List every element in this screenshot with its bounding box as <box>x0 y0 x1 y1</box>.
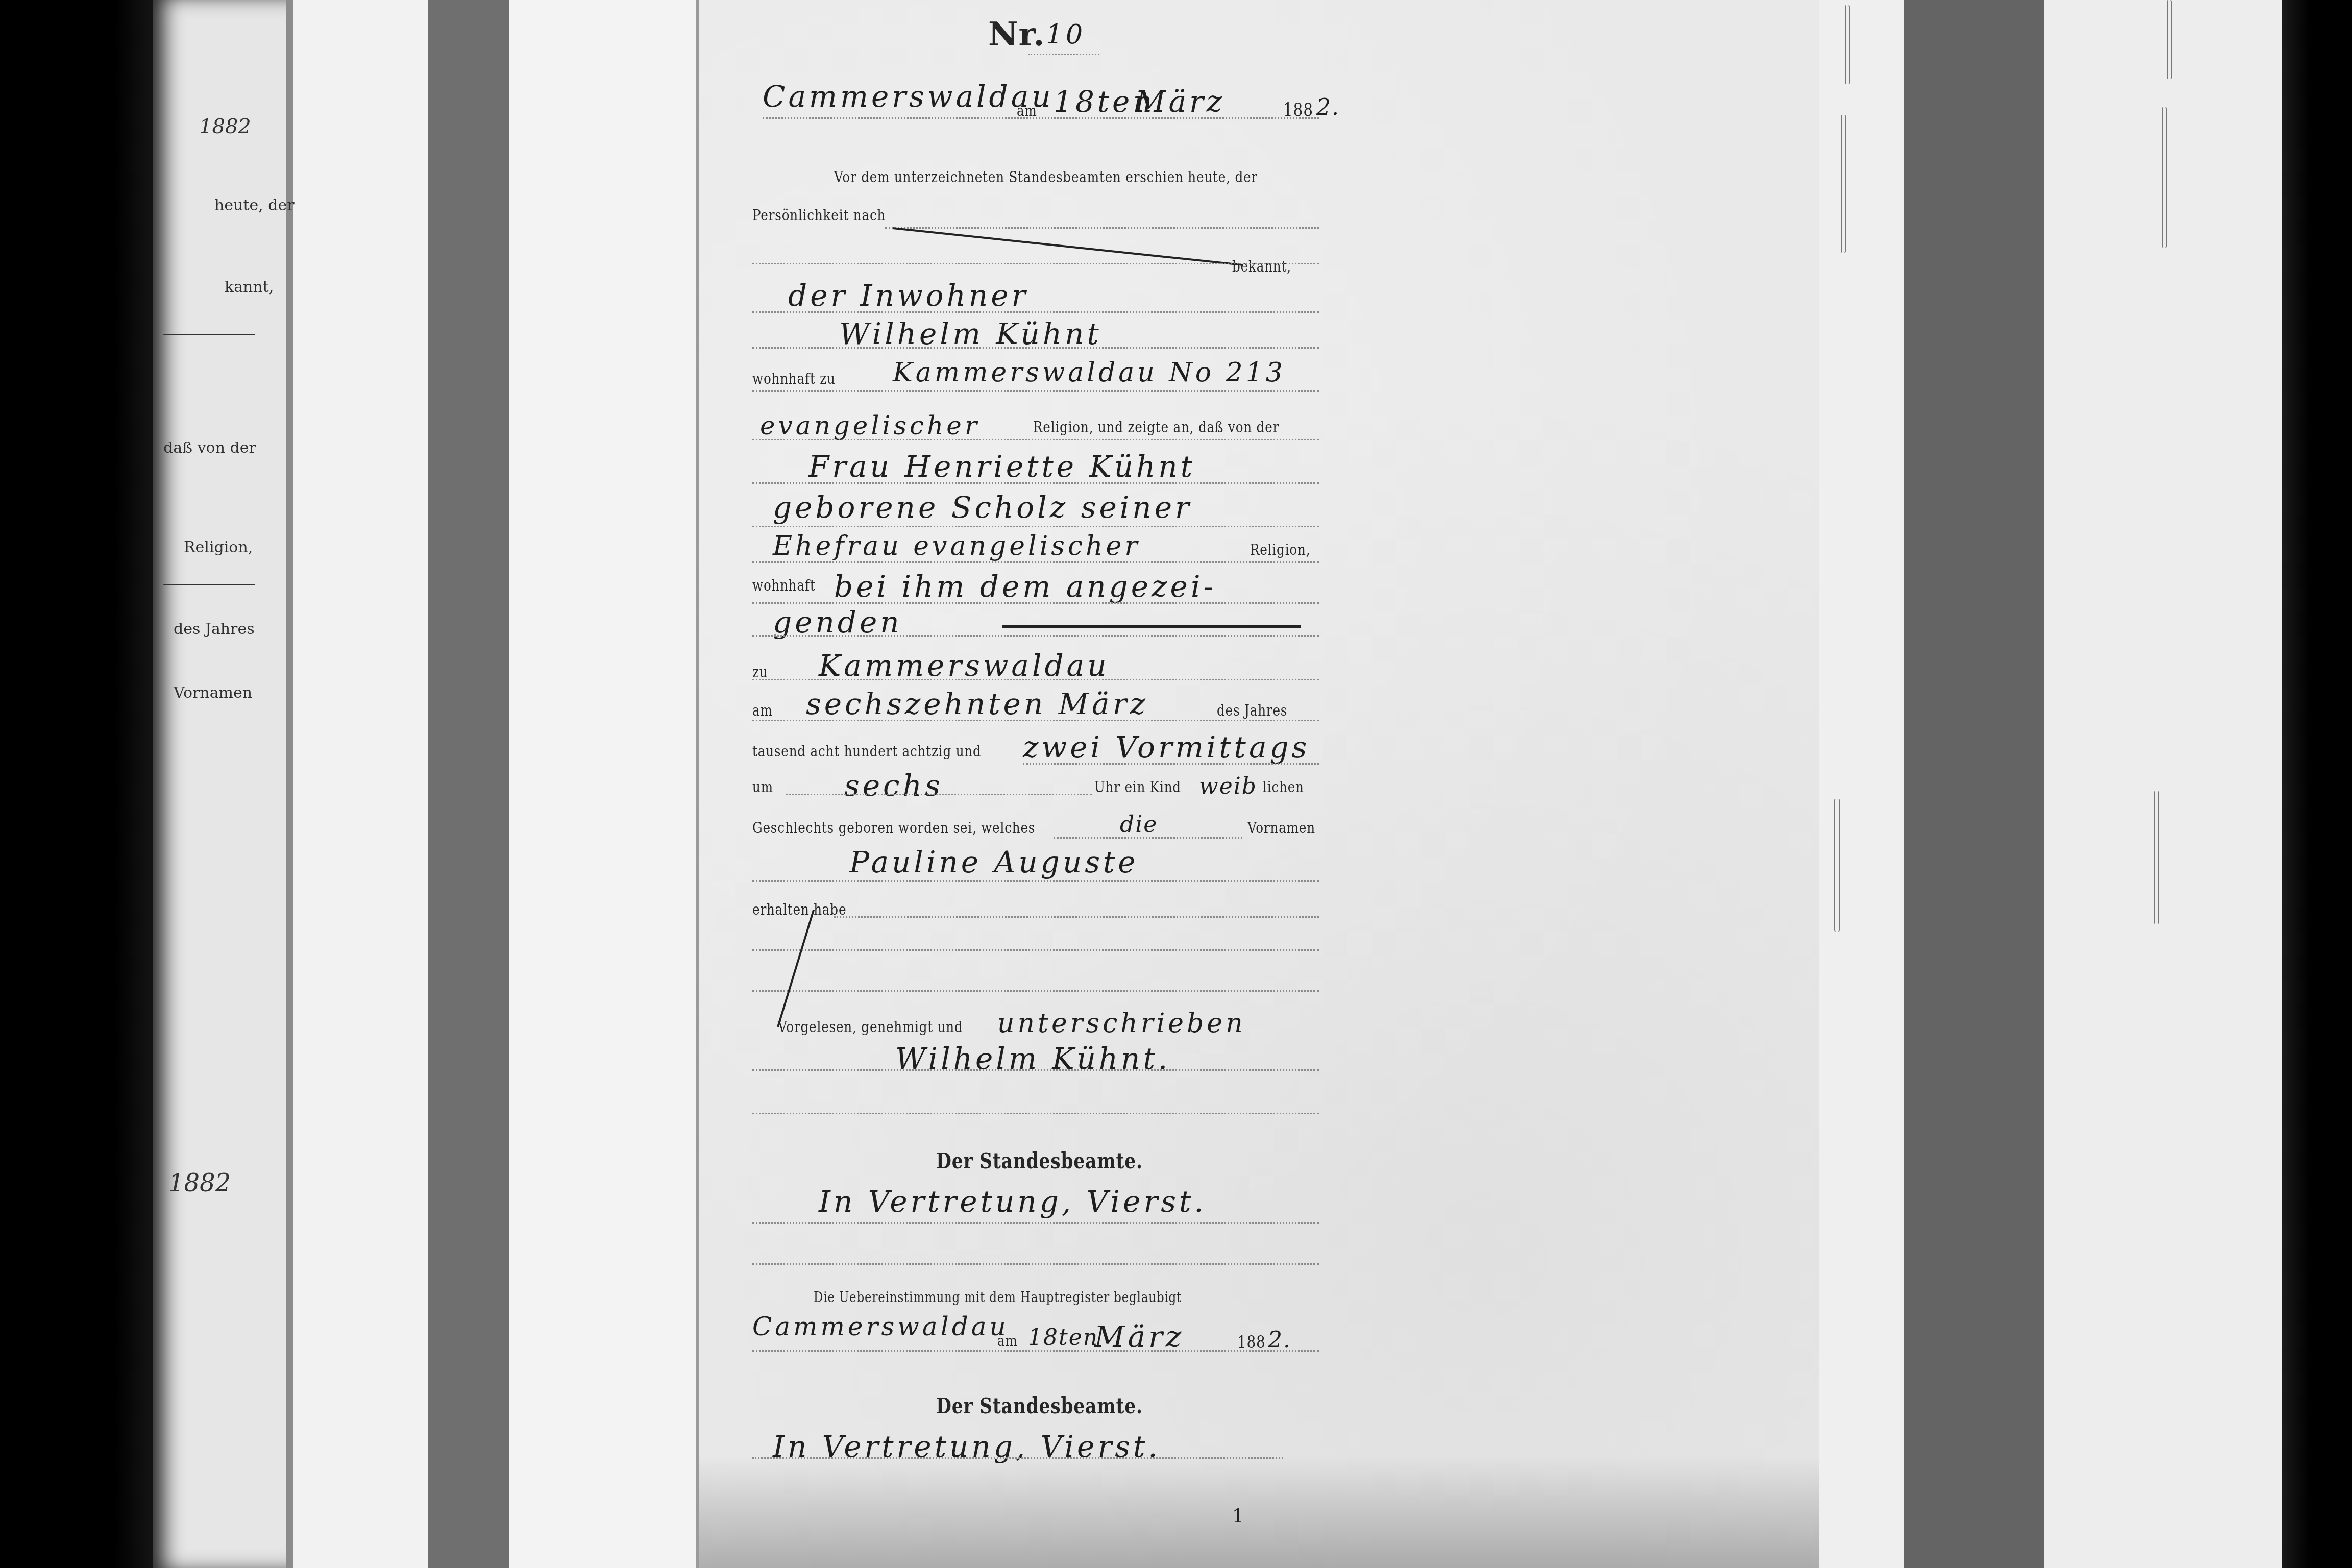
page-fold-mark <box>2154 791 2159 924</box>
mother-residence-cont: genden <box>773 605 902 640</box>
birth-place: Kammerswaldau <box>819 648 1110 683</box>
blank-space-stroke <box>777 910 815 1027</box>
erhalten-text: erhalten habe <box>752 901 846 919</box>
line-rule <box>752 602 1319 604</box>
page-fold-mark <box>1834 799 1840 932</box>
blank-film-strip <box>293 0 431 1568</box>
birth-hour: sechs <box>844 768 943 803</box>
registration-month: März <box>1135 84 1225 119</box>
registration-year-suffix: 2. <box>1316 94 1340 120</box>
line-rule <box>752 482 1319 484</box>
certification-place: Cammerswaldau <box>752 1312 1009 1341</box>
left-page-line: kannt, <box>225 278 274 296</box>
mother-maiden-name: geborene Scholz seiner <box>773 490 1192 525</box>
cert-year-prefix: 188 <box>1237 1332 1266 1353</box>
religion-text: Religion, und zeigte an, daß von der <box>1033 419 1279 436</box>
line-rule <box>752 311 1319 313</box>
page-number: 1 <box>1232 1506 1244 1527</box>
strike-through-line <box>893 227 1243 266</box>
page-fold-mark <box>1845 5 1850 84</box>
left-page-year: 1882 <box>199 115 251 138</box>
line-rule <box>752 1350 1319 1352</box>
informant-title: der Inwohner <box>788 278 1028 313</box>
film-vignette-right <box>2282 0 2352 1568</box>
birth-day-month: sechszehnten März <box>806 687 1148 721</box>
film-vignette-left <box>0 0 163 1568</box>
cert-am-label: am <box>997 1332 1018 1350</box>
left-page-handwriting: 1882 <box>168 1169 231 1197</box>
page-fold-mark <box>1841 115 1846 253</box>
gutter-grey-strip <box>1904 0 2044 1568</box>
blank-film-strip <box>509 0 696 1568</box>
left-page-line: heute, der <box>214 197 295 214</box>
gutter-grey-strip <box>428 0 509 1568</box>
entry-number: 10 <box>1046 19 1086 50</box>
registrar-signature: In Vertretung, Vierst. <box>819 1184 1207 1219</box>
line-rule <box>834 916 1319 918</box>
registration-place: Cammerswaldau <box>763 79 1054 114</box>
left-page-line: daß von der <box>163 439 256 457</box>
line-rule <box>1023 763 1319 765</box>
religion-text-2: Religion, <box>1250 541 1310 559</box>
left-page-line: des Jahres <box>174 620 255 638</box>
year-words-text: tausend acht hundert achtzig und <box>752 743 982 761</box>
bekannt-text: bekannt, <box>1232 258 1291 276</box>
uhr-text: Uhr ein Kind <box>1094 778 1181 796</box>
signed-word: unterschrieben <box>997 1008 1246 1039</box>
certification-month: März <box>1094 1319 1184 1354</box>
certification-text: Die Uebereinstimmung mit dem Hauptregist… <box>814 1289 1182 1306</box>
place-date-rule <box>763 117 1319 119</box>
mother-name: Frau Henriette Kühnt <box>808 449 1195 484</box>
certification-day: 18ten <box>1028 1325 1098 1351</box>
birth-register-entry: Nr. 10 Cammerswaldau am 18ten März 188 2… <box>696 0 1819 1568</box>
line-rule <box>752 949 1319 951</box>
line-rule <box>752 439 1319 440</box>
fill-line <box>1002 625 1301 628</box>
line-rule <box>752 263 1319 264</box>
line-rule <box>752 679 1319 680</box>
cert-year-suffix: 2. <box>1268 1327 1291 1353</box>
mother-residence: bei ihm dem angezei- <box>834 569 1216 604</box>
child-sex: weib <box>1199 773 1257 799</box>
line-rule <box>752 1457 1283 1459</box>
line-rule <box>1053 837 1242 839</box>
entry-number-label: Nr. <box>988 15 1045 54</box>
left-page-rule <box>163 334 255 335</box>
vornamen-text: Vornamen <box>1247 819 1315 837</box>
residence-label: wohnhaft zu <box>752 370 836 388</box>
line-rule <box>752 990 1319 992</box>
child-given-names: Pauline Auguste <box>849 845 1139 879</box>
line-rule <box>752 635 1319 637</box>
residence-label-2: wohnhaft <box>752 577 816 595</box>
registrar-heading: Der Standesbeamte. <box>936 1148 1143 1173</box>
identity-rule <box>885 227 1319 229</box>
registrar-heading-2: Der Standesbeamte. <box>936 1393 1143 1418</box>
page-fold-mark <box>2162 107 2167 248</box>
left-page-line: Vornamen <box>174 684 252 702</box>
mother-religion: Ehefrau evangelischer <box>773 531 1140 561</box>
line-rule <box>752 390 1319 392</box>
geschlechts-text: Geschlechts geboren worden sei, welches <box>752 819 1035 837</box>
des-jahres-text: des Jahres <box>1217 702 1287 720</box>
informant-name: Wilhelm Kühnt <box>839 316 1102 351</box>
line-rule <box>752 1222 1319 1224</box>
blank-film-strip <box>1819 0 1906 1568</box>
line-rule <box>752 561 1319 563</box>
entry-number-rule <box>1028 54 1099 55</box>
lichen-text: lichen <box>1263 778 1304 796</box>
line-rule <box>752 1069 1319 1071</box>
line-rule <box>752 347 1319 349</box>
intro-text-line2: Persönlichkeit nach <box>752 207 886 225</box>
um-label: um <box>752 778 773 796</box>
line-rule <box>752 526 1319 527</box>
informant-religion: evangelischer <box>760 411 980 440</box>
page-edge-border <box>286 0 293 1568</box>
left-page-line: Religion, <box>184 538 253 556</box>
welches-hand: die <box>1120 812 1158 838</box>
line-rule <box>786 794 1092 795</box>
intro-text-line1: Vor dem unterzeichneten Standesbeamten e… <box>834 168 1258 186</box>
page-fold-mark <box>2167 0 2172 79</box>
am-label-2: am <box>752 702 773 720</box>
birth-year-time: zwei Vormittags <box>1023 730 1310 765</box>
line-rule <box>752 720 1319 721</box>
line-rule <box>752 880 1319 882</box>
read-approved-text: Vorgelesen, genehmigt und <box>778 1018 963 1036</box>
line-rule <box>752 1113 1319 1114</box>
previous-page-fragment <box>153 0 296 1568</box>
line-rule <box>752 1263 1319 1265</box>
left-page-rule <box>163 584 255 585</box>
blank-film-strip <box>2044 0 2289 1568</box>
informant-residence: Kammerswaldau No 213 <box>893 357 1286 388</box>
